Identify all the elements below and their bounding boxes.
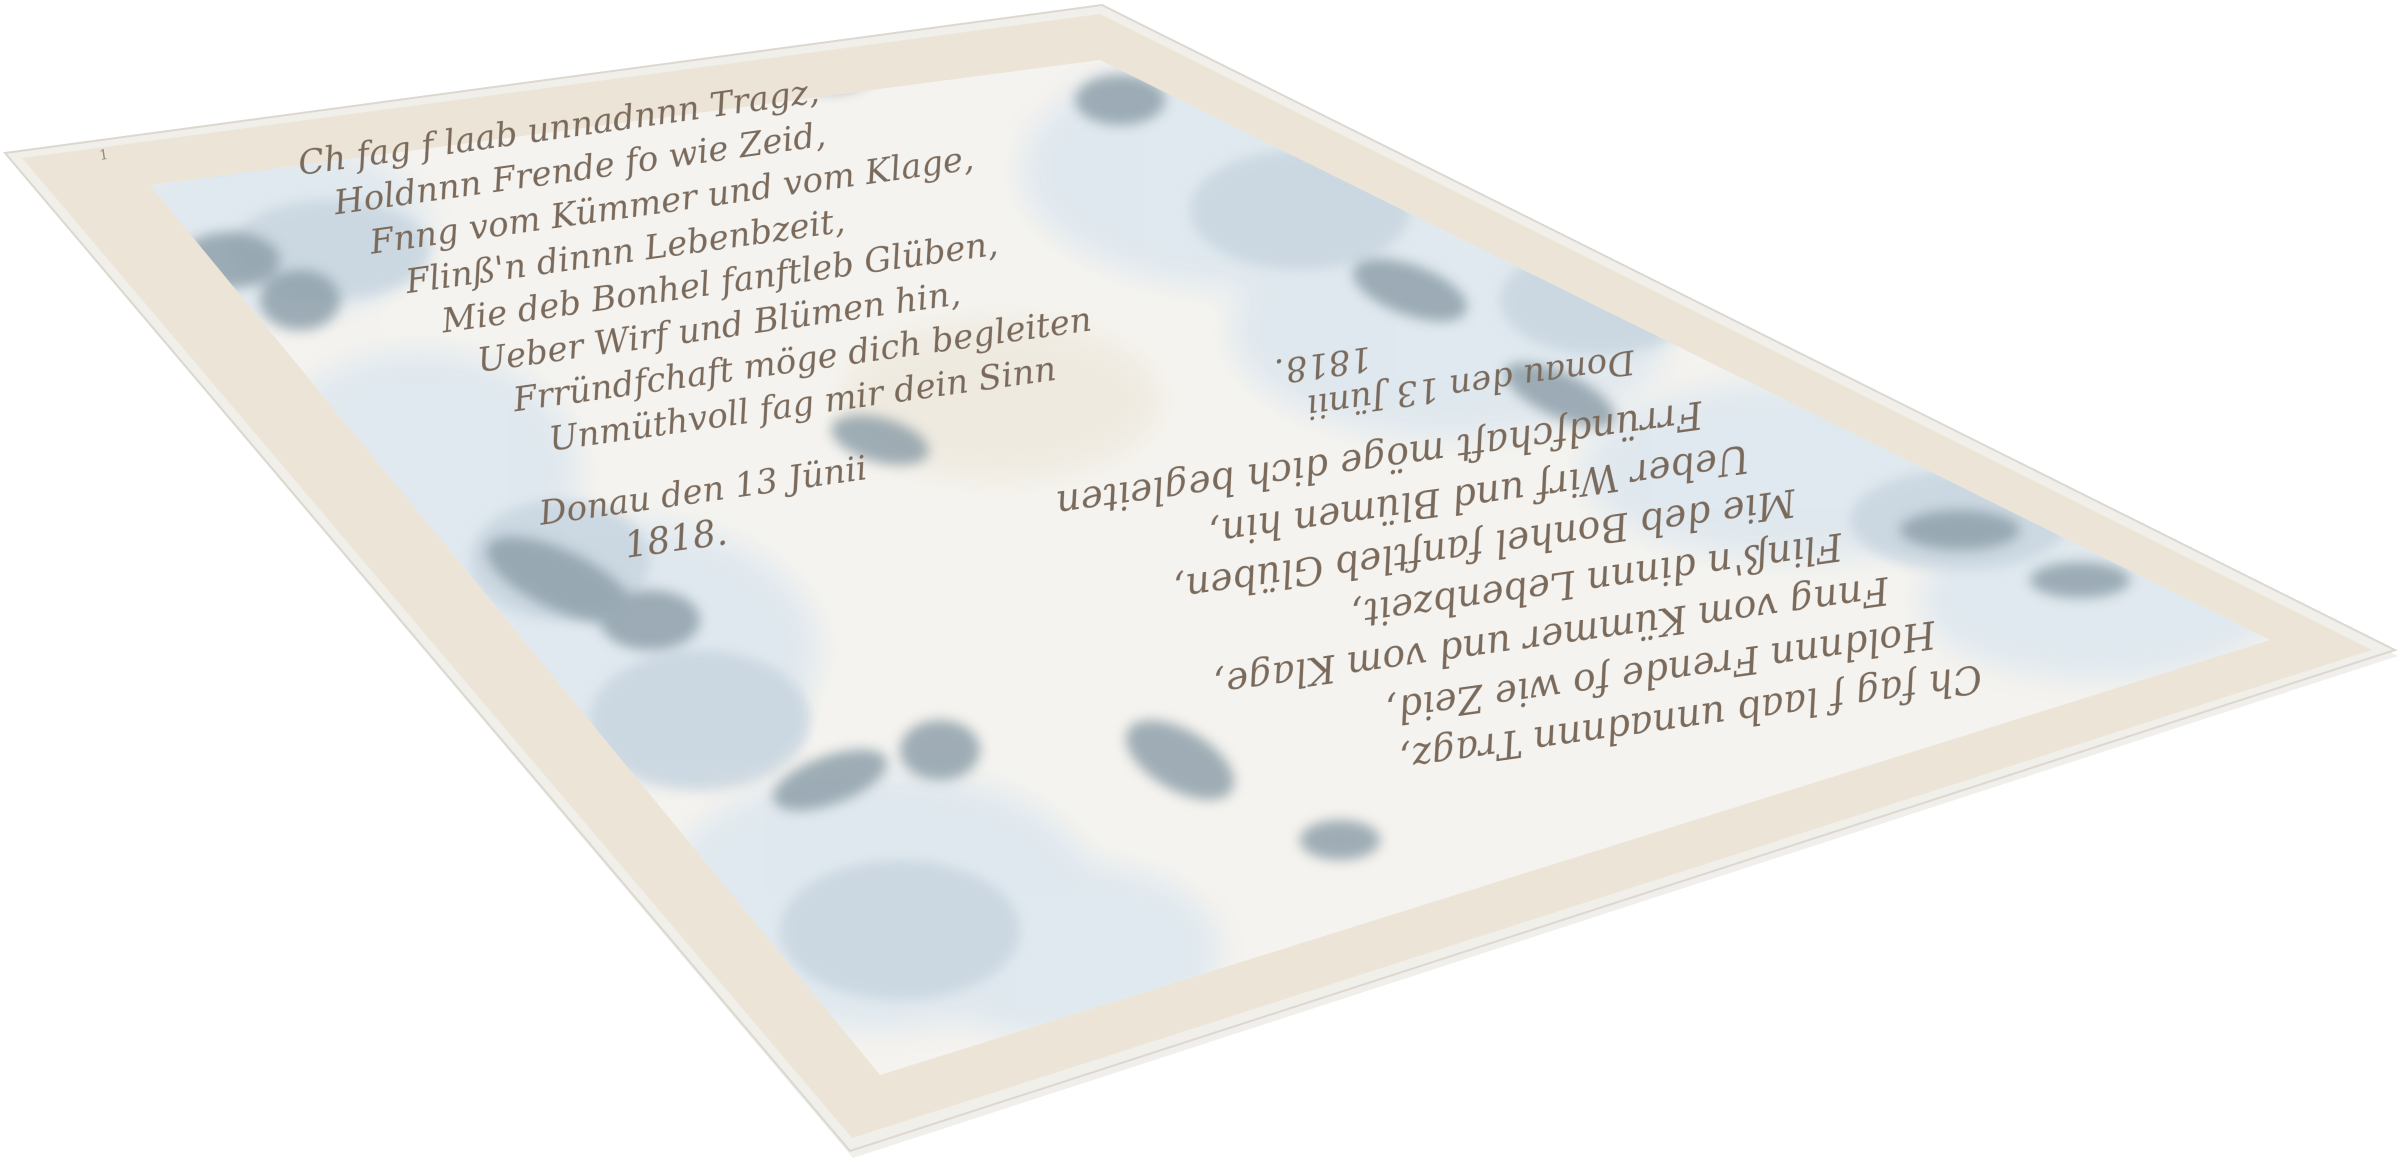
rug-photo: 1 Ch fag f laab unnadnnn Tragz, Holdnnn … xyxy=(0,0,2400,1160)
